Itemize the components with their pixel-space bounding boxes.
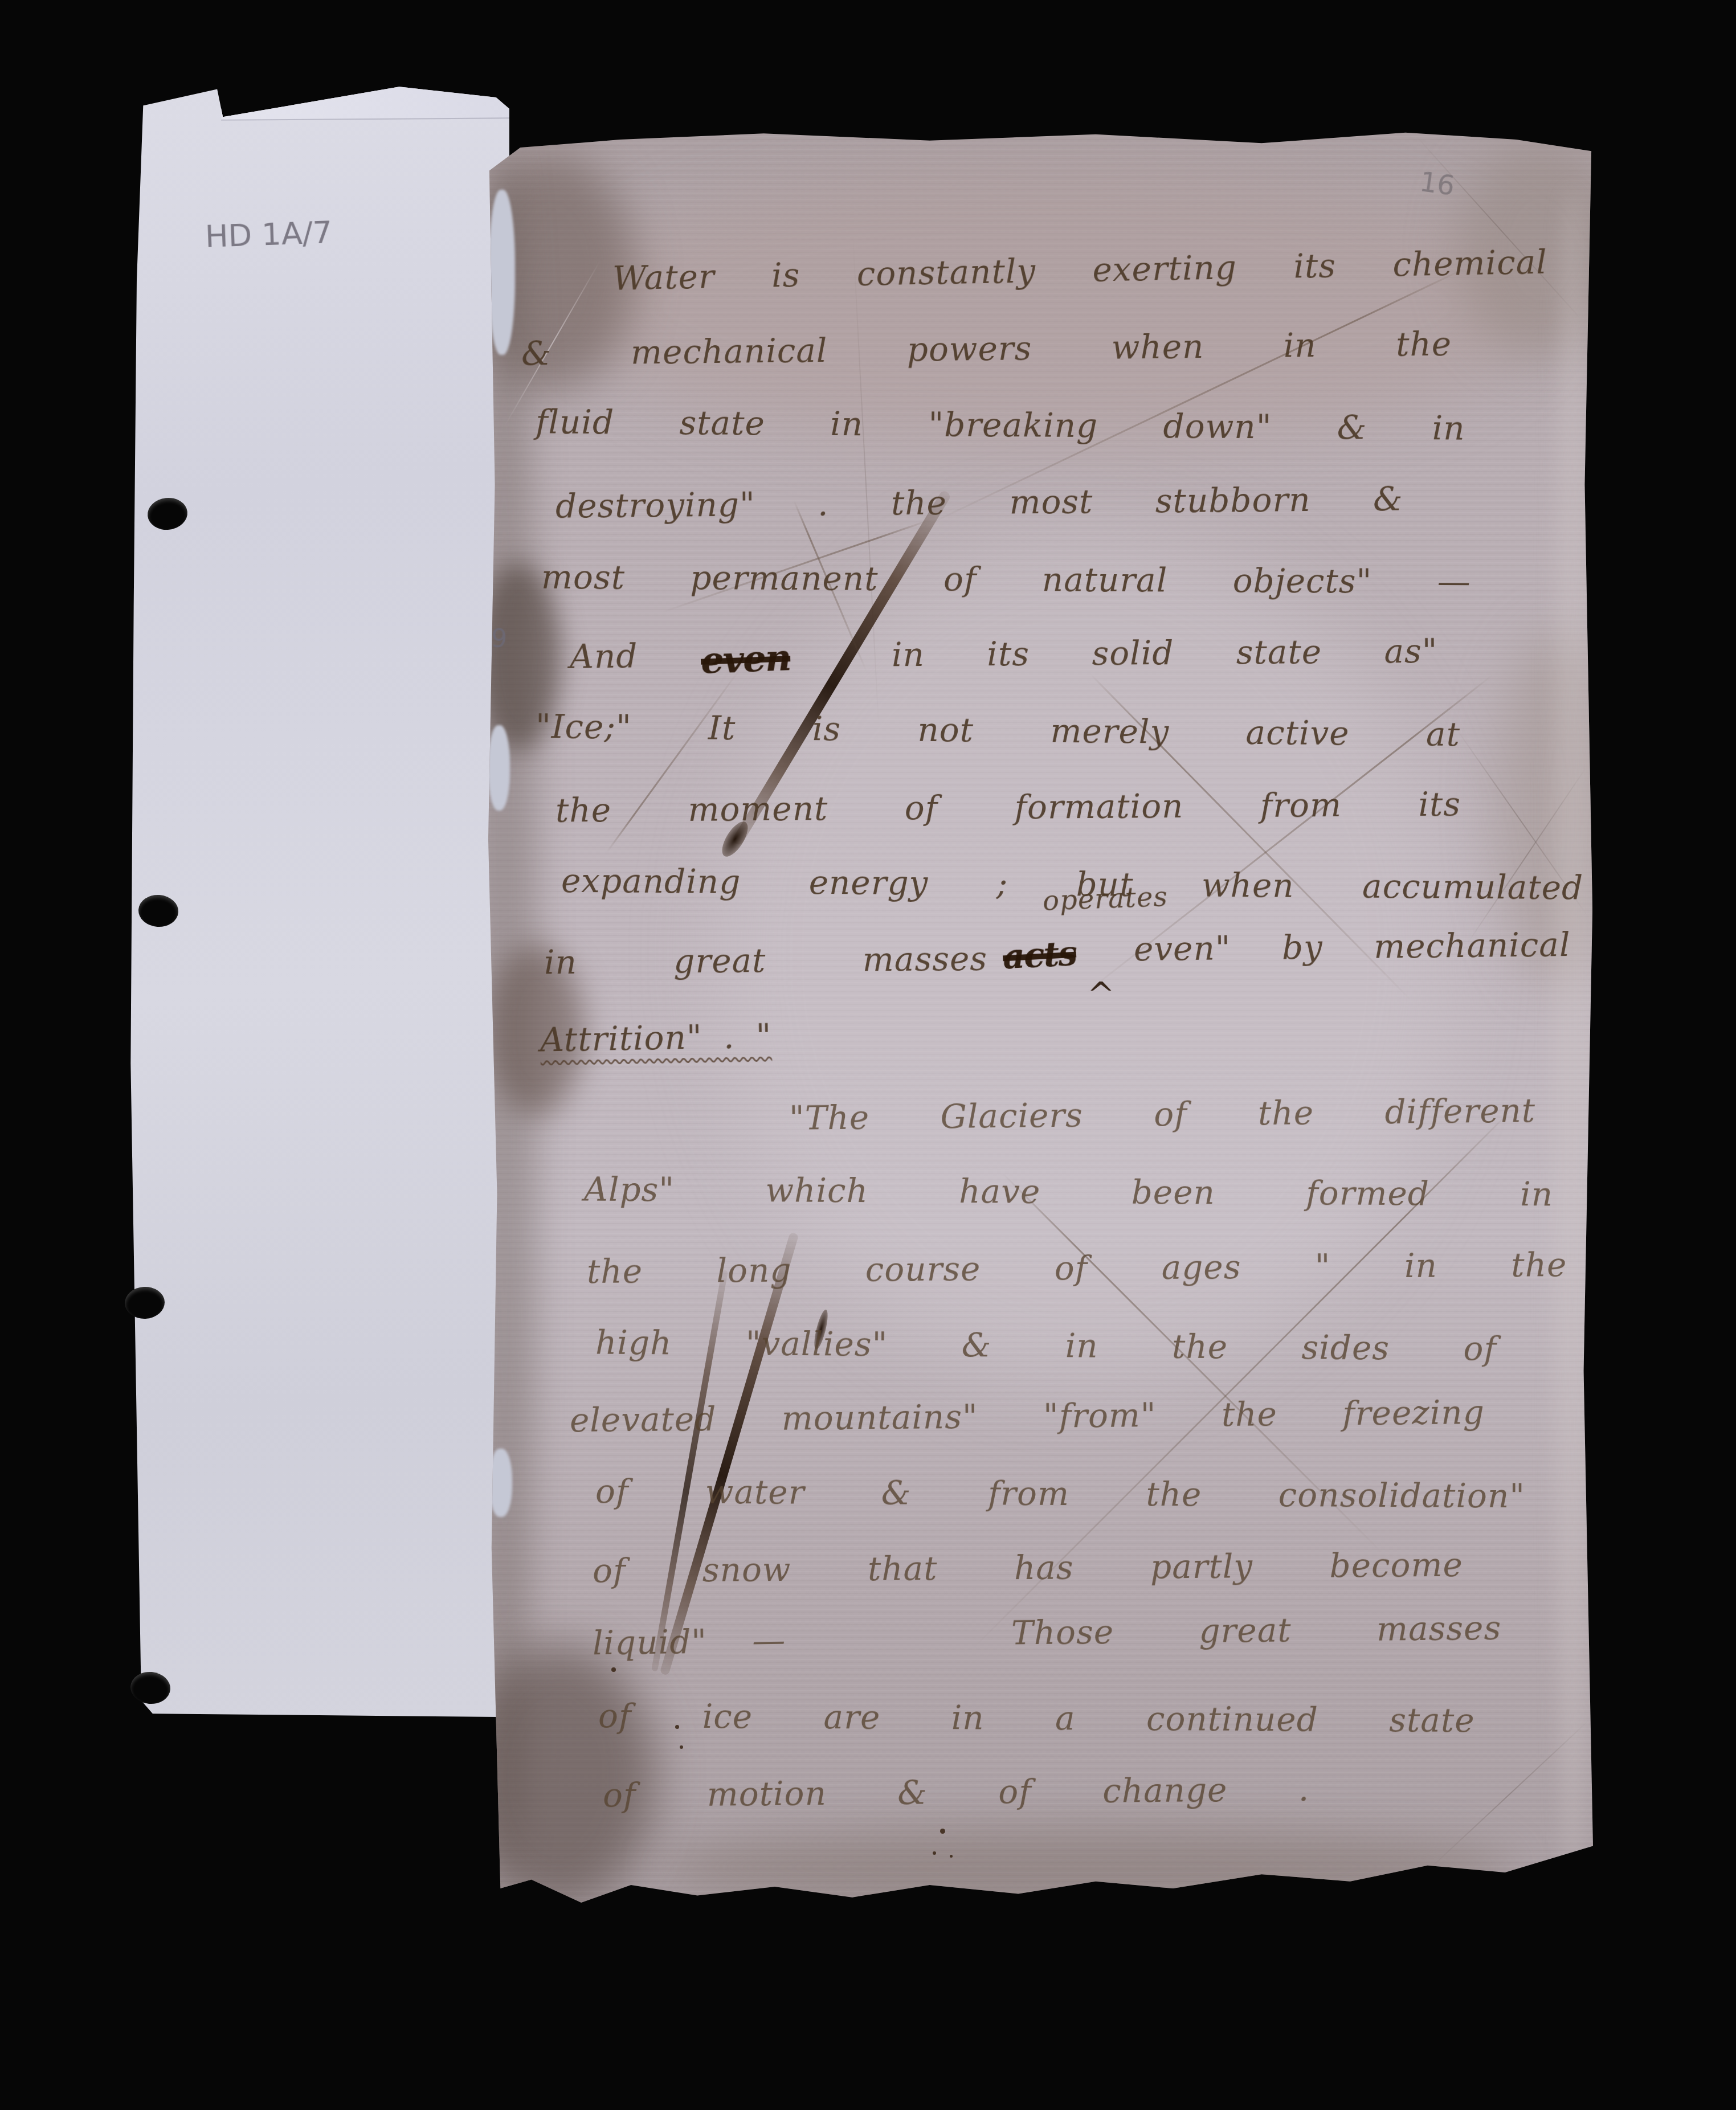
handwriting-line-10-start: in great masses xyxy=(544,939,988,982)
handwriting-line-16: elevated mountains" "from" the freezing xyxy=(570,1393,1485,1440)
handwriting-line-19-rest: Those great masses xyxy=(1011,1608,1502,1652)
ink-dot xyxy=(940,1829,945,1834)
handwriting-line-12: "The Glaciers of the different xyxy=(789,1091,1536,1138)
handwriting-line-18: of snow that has partly become xyxy=(593,1545,1463,1590)
edge-tear xyxy=(489,190,515,355)
archive-reference: HD 1A/7 xyxy=(205,214,333,255)
margin-number: 9 xyxy=(491,624,508,653)
handwriting-line-5: most permanent of natural objects" — xyxy=(541,558,1471,602)
stain xyxy=(1553,187,1592,1896)
ink-dot xyxy=(611,1667,616,1672)
handwriting-line-13: Alps" which have been formed in xyxy=(584,1170,1554,1214)
handwriting-line-19-start: liquid" — xyxy=(593,1621,786,1663)
stain xyxy=(658,1827,1513,1907)
guard-sheet-fold xyxy=(221,84,509,121)
handwriting-line-21: of motion & of change . xyxy=(603,1770,1310,1815)
handwriting-line-10-rest: even" by mechanical xyxy=(1134,925,1571,968)
handwriting-line-7: "Ice;" It is not merely active at xyxy=(536,707,1460,754)
deleted-word-even: even xyxy=(700,636,791,682)
handwriting-line-17: of water & from the consolidation" xyxy=(595,1472,1525,1516)
ink-dot xyxy=(680,1745,683,1749)
ink-dot xyxy=(950,1855,953,1858)
insertion-caret: ^ xyxy=(1087,975,1116,1014)
ink-dot xyxy=(933,1851,936,1855)
handwriting-line-3: fluid state in "breaking down" & in xyxy=(536,402,1465,447)
handwriting-line-6-rest: in its solid state as" xyxy=(892,632,1438,674)
photo-stage: HD 1A/7 xyxy=(0,0,1736,2110)
handwriting-line-20: of ice are in a continued state xyxy=(598,1696,1475,1740)
inserted-word-operates: operates xyxy=(1042,881,1169,917)
handwriting-line-4: destroying" . the most stubborn & xyxy=(555,480,1403,526)
guard-sheet xyxy=(130,84,509,1717)
edge-tear xyxy=(488,725,510,811)
page-number: 16 xyxy=(1418,166,1456,202)
handwriting-line-14: the long course of ages " in the xyxy=(587,1245,1567,1291)
handwriting-line-11: Attrition" . " xyxy=(540,1016,772,1059)
deleted-word-acts: acts xyxy=(1002,934,1077,978)
handwriting-line-6-start: And xyxy=(570,636,638,676)
handwriting-line-8: the moment of formation from its xyxy=(555,784,1461,829)
handwriting-line-15: high "vallies" & in the sides of xyxy=(595,1323,1497,1368)
